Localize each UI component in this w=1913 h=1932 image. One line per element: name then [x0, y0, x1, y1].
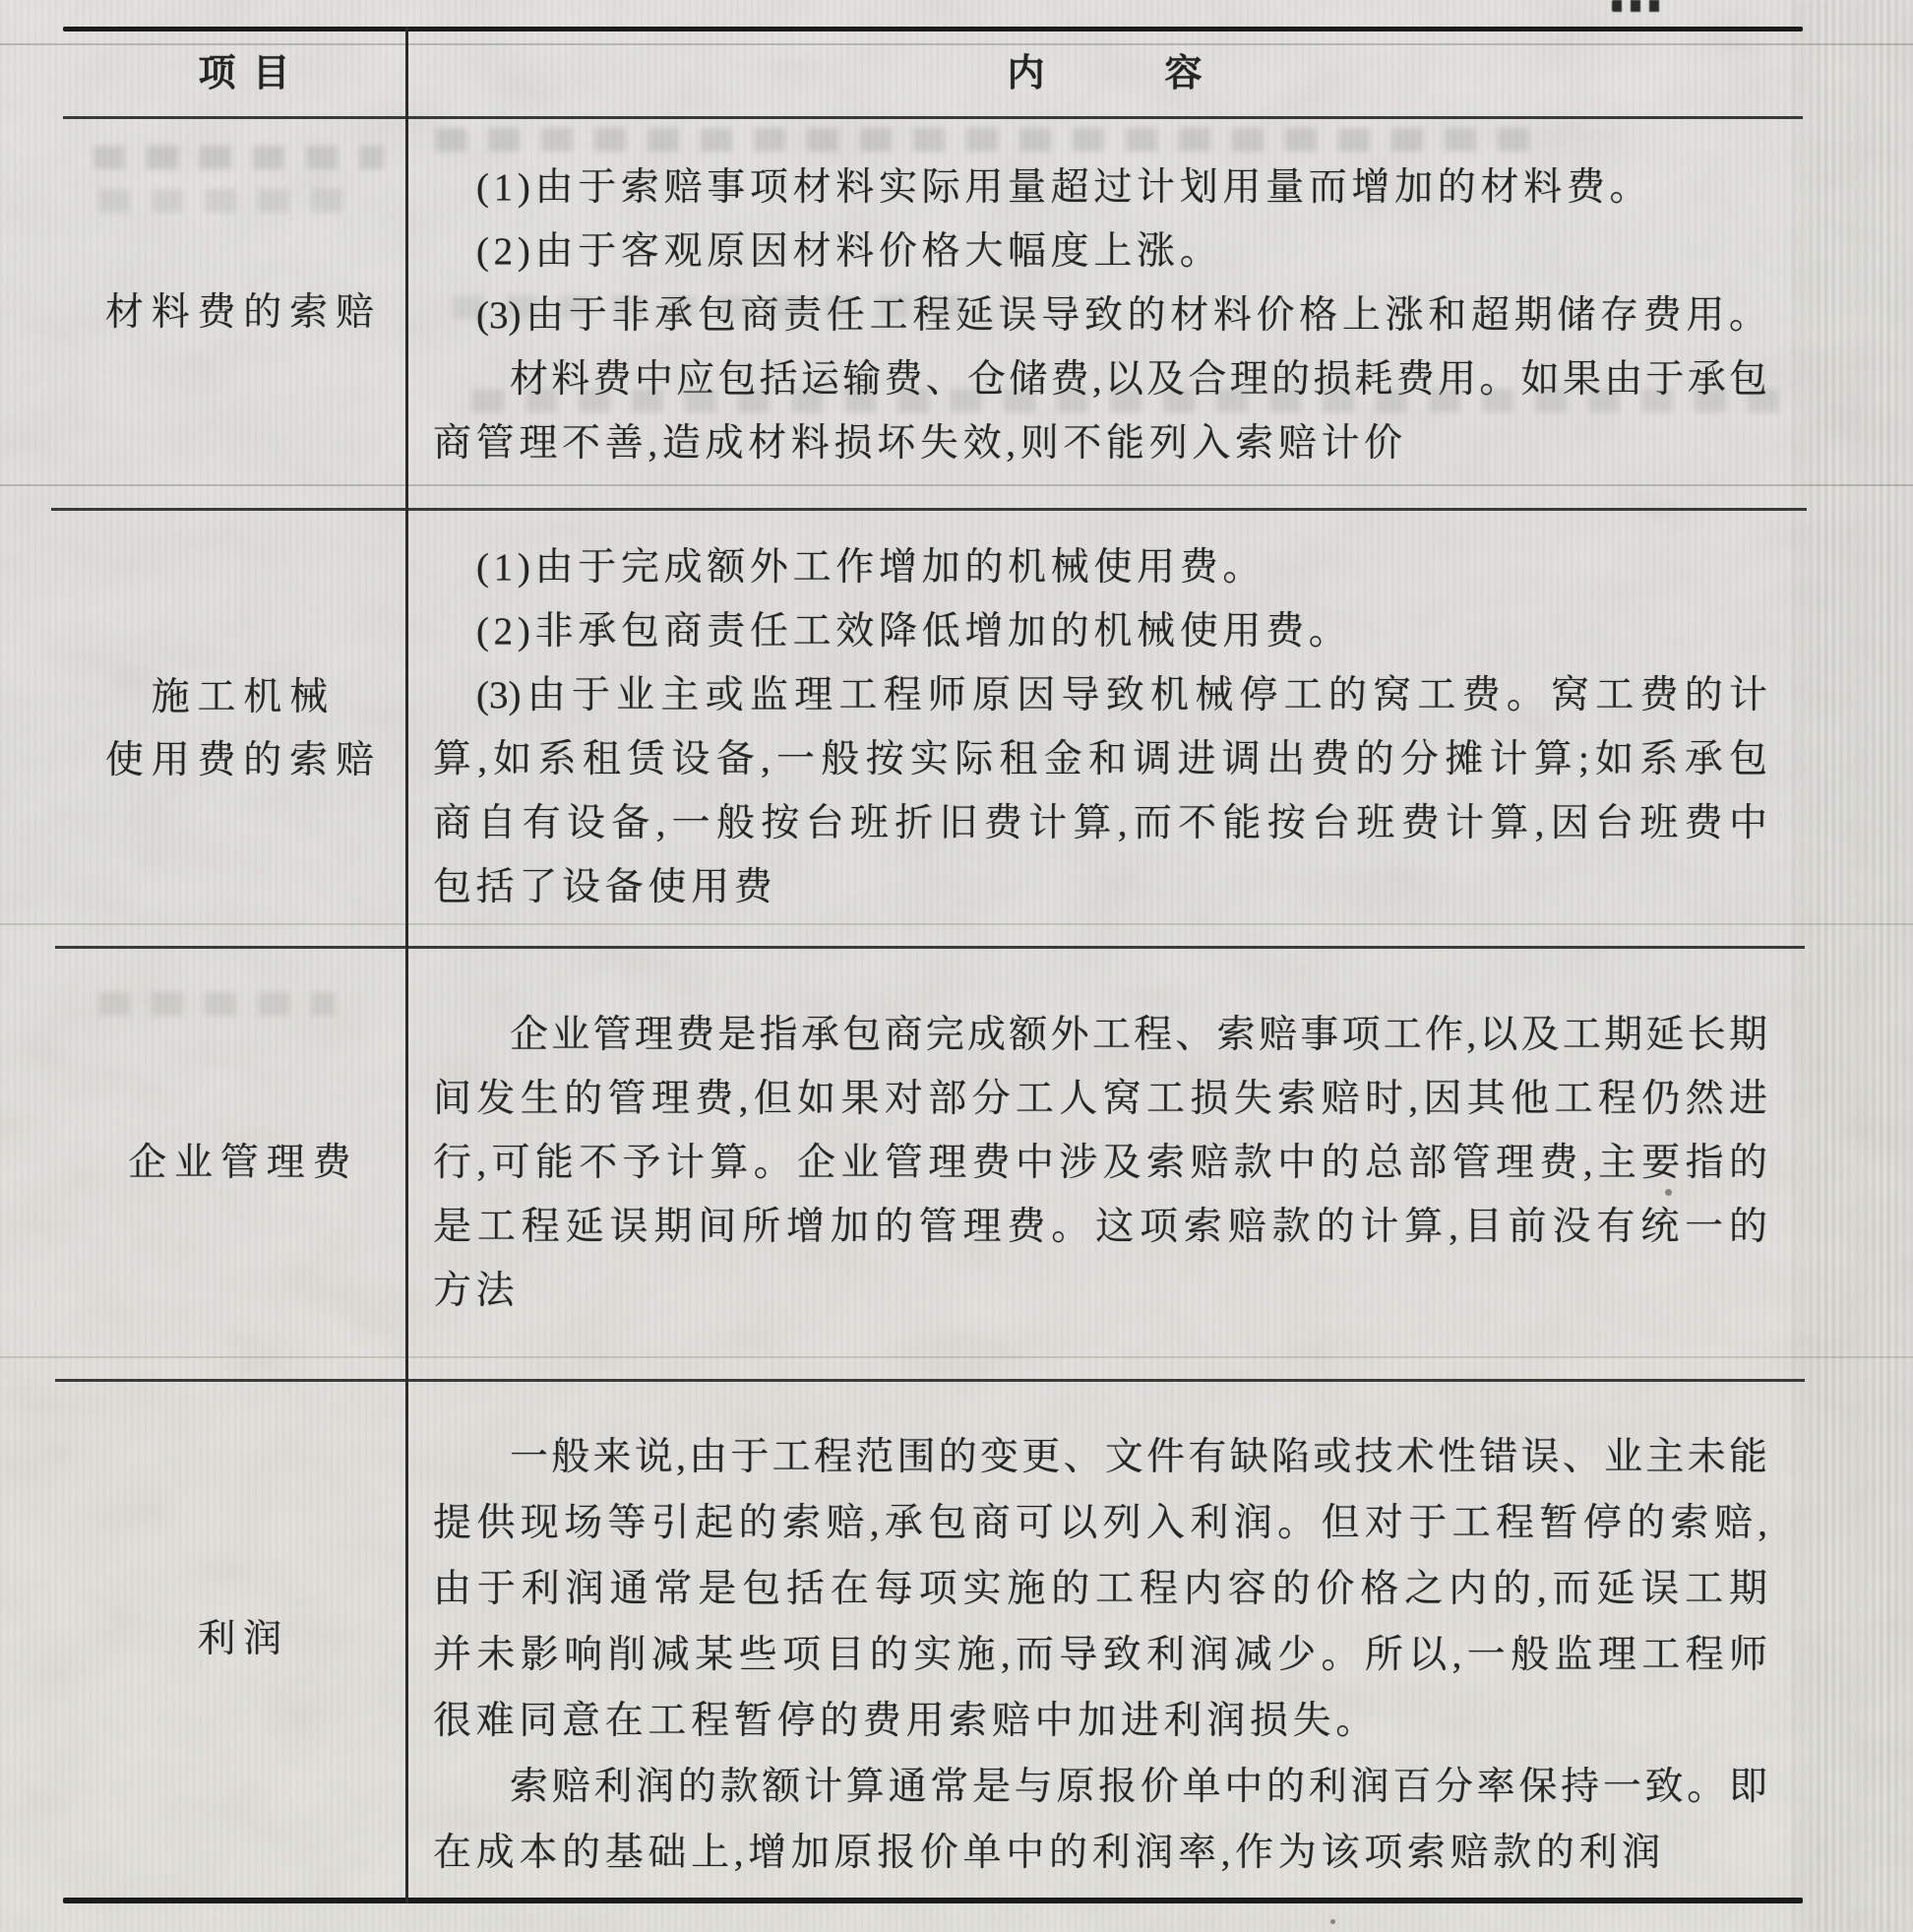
content-line: 并未影响削减某些项目的实施,而导致利润减少。所以,一般监理工程师 [433, 1634, 1767, 1677]
content-line: 企业管理费是指承包商完成额外工程、索赔事项工作,以及工期延长期 [433, 1014, 1767, 1057]
scan-line [0, 43, 1913, 45]
row-separator [55, 946, 1805, 949]
content-line: (3)由于业主或监理工程师原因导致机械停工的窝工费。窝工费的计 [433, 674, 1767, 717]
scan-line [0, 1356, 1913, 1358]
content-line: 很难同意在工程暂停的费用索赔中加进利润损失。 [433, 1700, 1767, 1743]
scanned-page: 项目 内 容 材料费的索赔 (1)由于索赔事项材料实际用量超过计划用量而增加的材… [0, 0, 1913, 1932]
cropped-ink-fragment [1612, 0, 1667, 12]
content-line: (1)由于索赔事项材料实际用量超过计划用量而增加的材料费。 [433, 166, 1767, 210]
scan-line [0, 923, 1913, 925]
ink-speck [1665, 1189, 1672, 1196]
content-line: 包括了设备使用费 [433, 866, 1767, 909]
column-header-item: 项目 [65, 52, 423, 95]
ghost-bleed-text [98, 189, 362, 213]
content-line: 提供现场等引起的索赔,承包商可以列入利润。但对于工程暂停的索赔, [433, 1502, 1767, 1545]
content-line: 是工程延误期间所增加的管理费。这项索赔款的计算,目前没有统一的 [433, 1206, 1767, 1249]
row-label-machinery-fee-claim: 施工机械 [65, 676, 414, 719]
content-line: 材料费中应包括运输费、仓储费,以及合理的损耗费用。如果由于承包 [433, 358, 1767, 402]
column-header-content-char: 内 [1007, 52, 1044, 95]
content-line: 商自有设备,一般按台班折旧费计算,而不能按台班费计算,因台班费中 [433, 802, 1767, 845]
row-separator [55, 1379, 1805, 1382]
content-line: 在成本的基础上,增加原报价单中的利润率,作为该项索赔款的利润 [433, 1832, 1767, 1875]
column-header-content-char: 容 [1165, 52, 1203, 95]
row-label-enterprise-overhead: 企业管理费 [65, 1142, 414, 1185]
content-line: 商管理不善,造成材料损坏失效,则不能列入索赔计价 [433, 422, 1767, 466]
content-line: (2)由于客观原因材料价格大幅度上涨。 [433, 230, 1767, 274]
table-bottom-border [63, 1898, 1803, 1903]
row-label-material-cost-claim: 材料费的索赔 [65, 291, 414, 335]
row-separator [51, 508, 1807, 511]
scan-streaks-right-edge [1793, 0, 1913, 1932]
column-header-content: 内 容 [406, 52, 1803, 95]
content-line: (2)非承包商责任工效降低增加的机械使用费。 [433, 610, 1767, 654]
content-line: 间发生的管理费,但如果对部分工人窝工损失索赔时,因其他工程仍然进 [433, 1078, 1767, 1121]
ghost-bleed-text [435, 128, 1537, 152]
row-label-machinery-fee-claim: 使用费的索赔 [65, 739, 414, 782]
content-line: 算,如系租赁设备,一般按实际租金和调进调出费的分摊计算;如系承包 [433, 738, 1767, 781]
ghost-bleed-text [98, 992, 335, 1016]
content-line: (1)由于完成额外工作增加的机械使用费。 [433, 546, 1767, 590]
table-top-border [63, 27, 1803, 31]
content-line: (3)由于非承包商责任工程延误导致的材料价格上涨和超期储存费用。 [433, 294, 1767, 338]
content-line: 由于利润通常是包括在每项实施的工程内容的价格之内的,而延误工期 [433, 1568, 1767, 1611]
scan-line [0, 484, 1913, 486]
ghost-bleed-text [93, 146, 384, 169]
content-line: 一般来说,由于工程范围的变更、文件有缺陷或技术性错误、业主未能 [433, 1436, 1767, 1479]
row-label-profit: 利润 [65, 1618, 414, 1661]
content-line: 索赔利润的款额计算通常是与原报价单中的利润百分率保持一致。即 [433, 1766, 1767, 1809]
content-line: 方法 [433, 1270, 1767, 1313]
header-separator [63, 116, 1803, 119]
ink-speck [1330, 1919, 1335, 1924]
content-line: 行,可能不予计算。企业管理费中涉及索赔款中的总部管理费,主要指的 [433, 1142, 1767, 1185]
column-header-item-label: 项目 [198, 52, 306, 95]
